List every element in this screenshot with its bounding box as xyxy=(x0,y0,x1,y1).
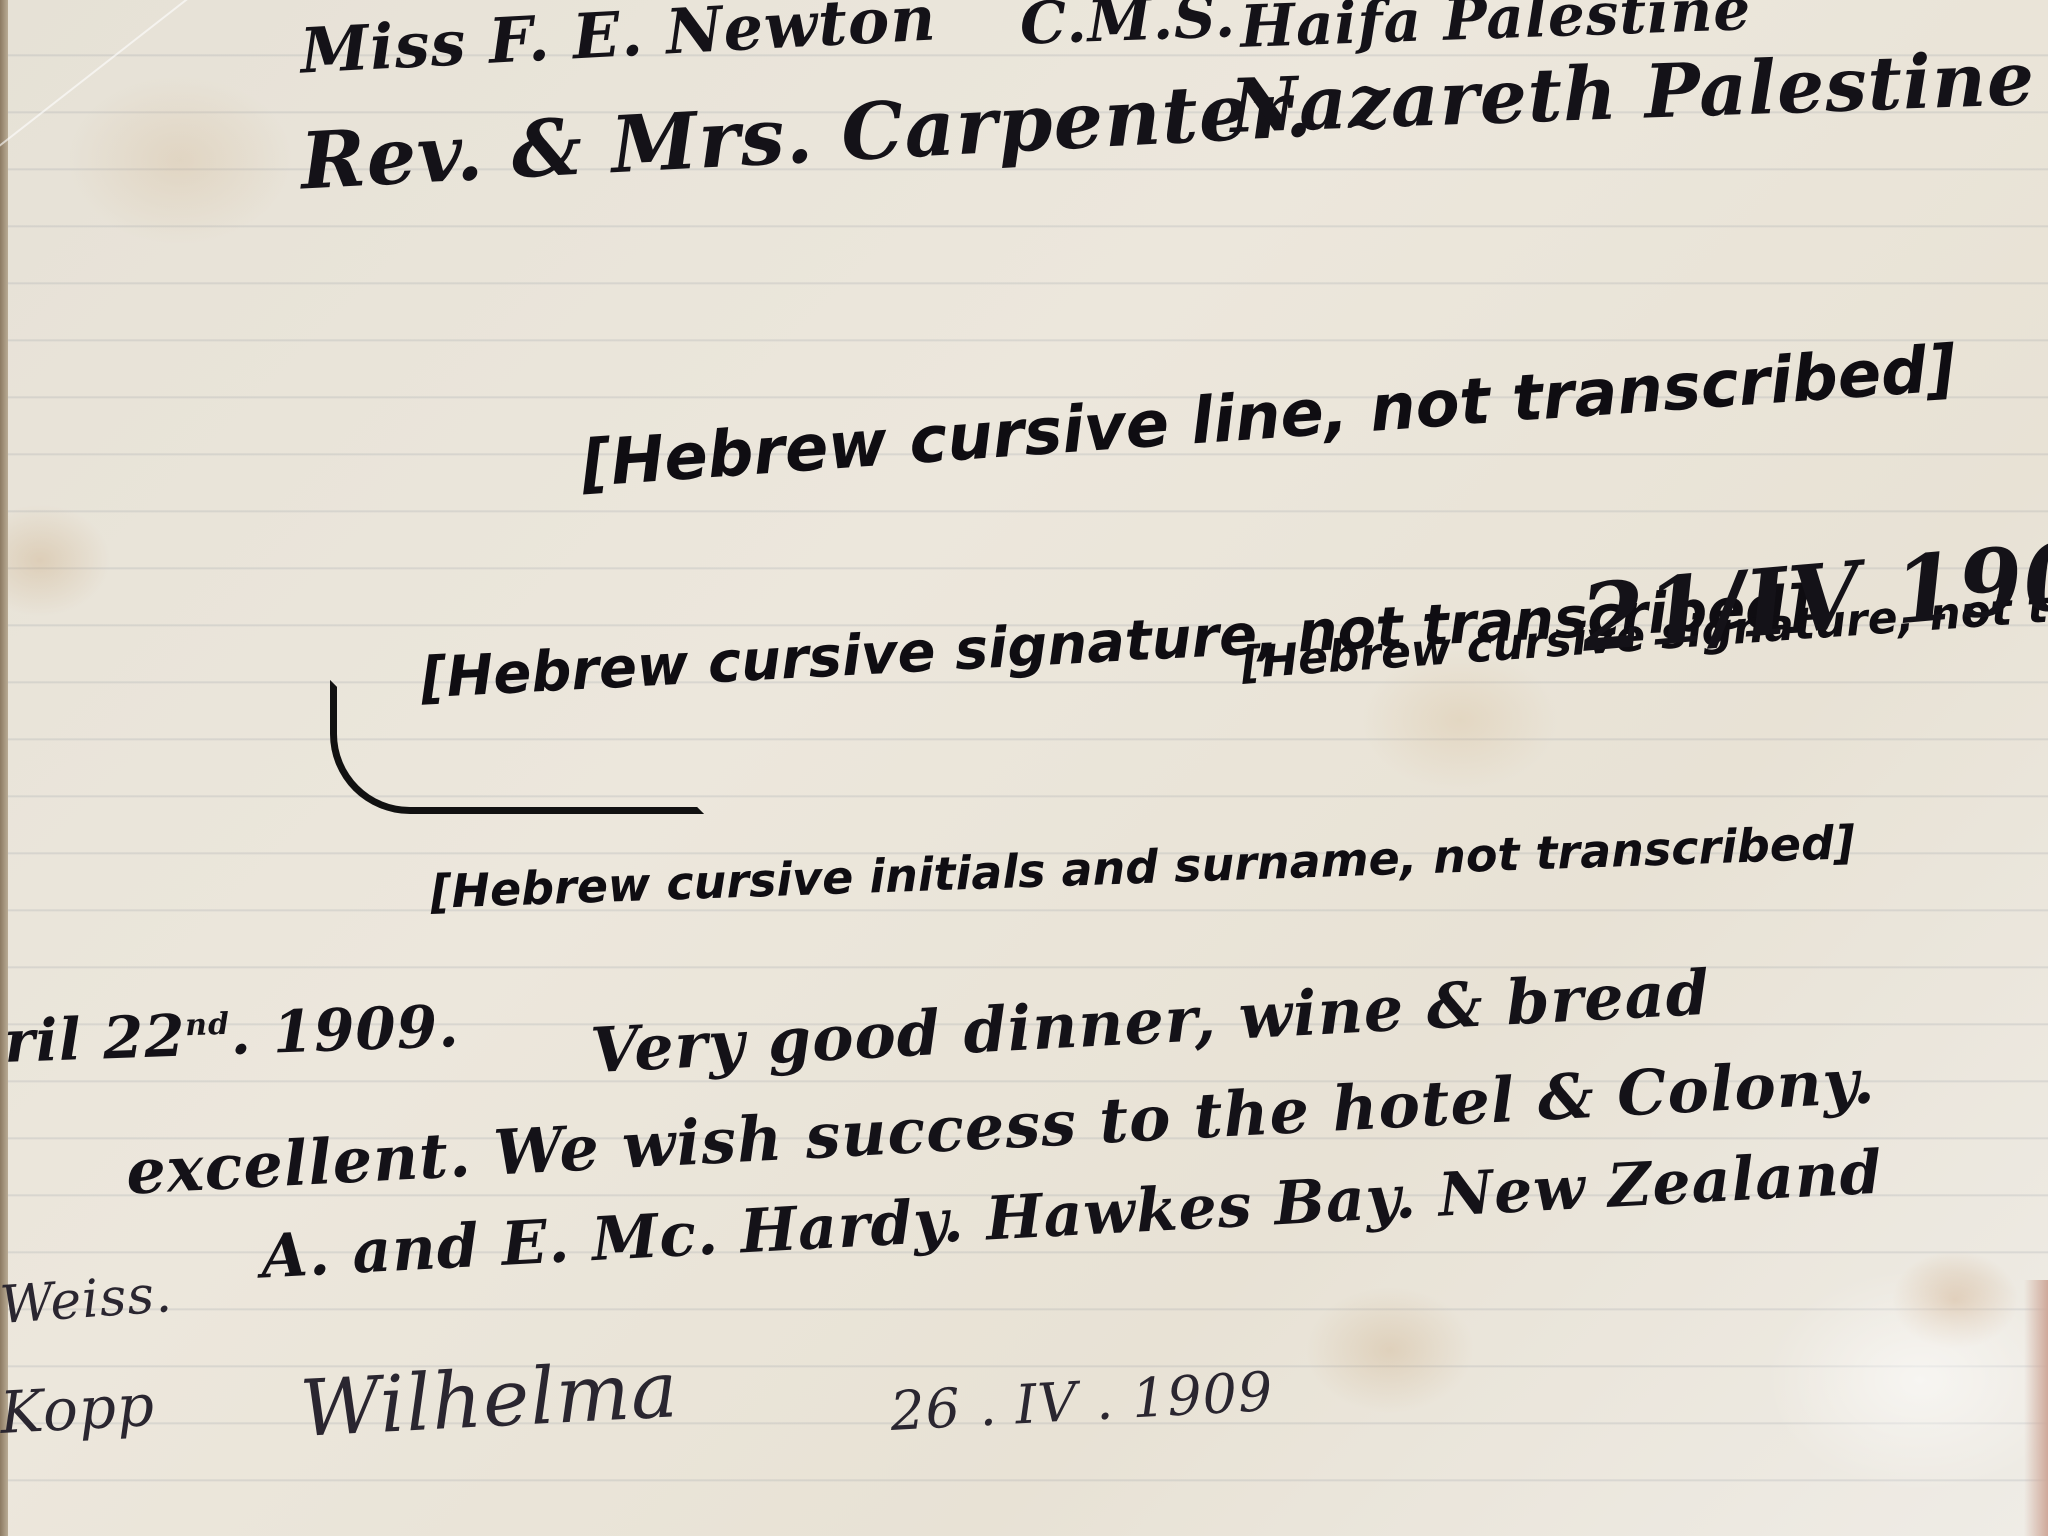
date-year: . 1909. xyxy=(229,992,460,1068)
hebrew-entry-date: 21/IV 1909 xyxy=(1576,515,2048,673)
entry-kopp-name: Kopp xyxy=(0,1371,157,1447)
entry-weiss-name: Weiss. xyxy=(0,1264,174,1336)
entry-newton-name: Miss F. E. Newton xyxy=(299,0,938,88)
hebrew-signature-sub: [Hebrew cursive initials and surname, no… xyxy=(429,815,1855,919)
paper-crease xyxy=(0,0,312,162)
signature-flourish xyxy=(330,680,704,814)
entry-carpenter-name: Rev. & Mrs. Carpenter. xyxy=(298,64,1314,208)
hebrew-inscription-line: [Hebrew cursive line, not transcribed] xyxy=(579,332,1958,502)
date-ordinal: nd xyxy=(185,1007,231,1044)
guestbook-page: Miss F. E. Newton C.M.S. Haifa Palestine… xyxy=(0,0,2048,1536)
page-right-edge xyxy=(2024,1280,2048,1536)
entry-newton-org: C.M.S. xyxy=(1019,0,1237,58)
entry-wilhelma-place: Wilhelma xyxy=(298,1345,681,1455)
date-prefix: ril 22 xyxy=(3,1002,187,1076)
entry-mchardy-date: ril 22nd. 1909. xyxy=(3,992,460,1076)
entry-wilhelma-date: 26 . IV . 1909 xyxy=(889,1360,1275,1443)
